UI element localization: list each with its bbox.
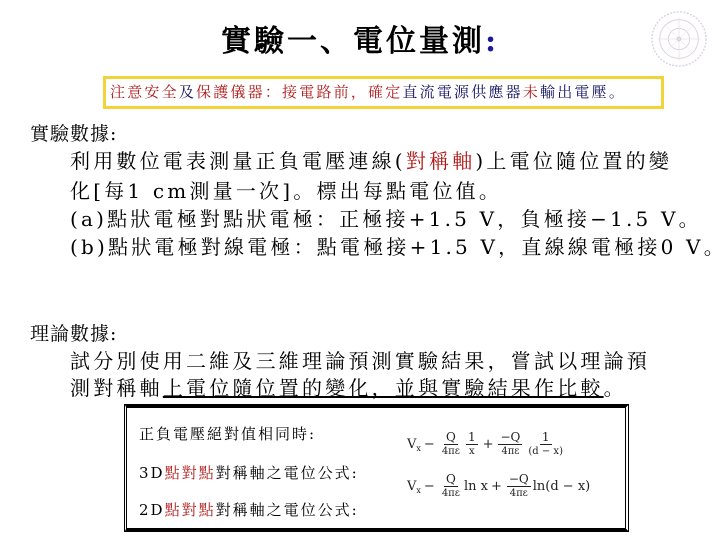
- symmetry-axis-highlight: 對稱軸: [406, 149, 476, 173]
- experimental-data-heading: 實驗數據:: [30, 122, 117, 146]
- label-prefix: 2D: [139, 501, 165, 519]
- formula-fraction: Q 4πε: [440, 430, 462, 459]
- slide-title-colon: :: [485, 24, 499, 59]
- experimental-data-line-4: (b)點狀電極對線電極：點電極接+1.5 V，直線線電極接0 V。: [70, 234, 720, 260]
- experimental-data-line-1: 利用數位電表測量正負電壓連線(對稱軸)上電位隨位置的變: [70, 148, 672, 174]
- theoretical-data-heading: 理論數據:: [30, 322, 117, 346]
- formula-2d: Vx − Q 4πε ln x + −Q 4πε ln(d − x): [407, 472, 590, 501]
- line-text: 測對稱軸: [70, 376, 163, 400]
- formula-3d-label: 3D點對點對稱軸之電位公式:: [139, 463, 359, 483]
- line-text: )上電位隨位置的變: [475, 149, 672, 173]
- warning-segment: 直流電源供應器: [402, 83, 522, 101]
- safety-warning-box: 注意安全及保護儀器：接電路前，確定直流電源供應器未輸出電壓。: [103, 76, 664, 109]
- label-suffix: 對稱軸之電位公式:: [216, 501, 359, 519]
- formula-plus: +: [491, 479, 502, 494]
- line-text-underlined: 上電位隨位置的變化，並與實驗結果作比較: [163, 376, 604, 400]
- experimental-data-line-3: (a)點狀電極對點狀電極：正極接+1.5 V，負極接−1.5 V。: [70, 206, 702, 232]
- warning-segment: 輸出電壓。: [540, 83, 626, 101]
- formula-fraction: 1 x: [466, 430, 478, 459]
- theoretical-data-line-1: 試分別使用二維及三維理論預測實驗結果，嘗試以理論預: [70, 348, 650, 374]
- formula-3d: Vx − Q 4πε 1 x + −Q 4πε 1 (d − x): [407, 430, 567, 459]
- formula-fraction: 1 (d − x): [526, 430, 565, 459]
- formula-2d-label: 2D點對點對稱軸之電位公式:: [139, 500, 359, 520]
- warning-segment: 保護儀器：接電路前，確定: [196, 83, 402, 101]
- formula-equals: −: [424, 479, 435, 494]
- label-highlight: 點對點: [165, 464, 216, 482]
- formula-log-term: ln(d − x): [533, 479, 590, 494]
- slide-title: 實驗一、電位量測:: [0, 22, 720, 62]
- experimental-data-line-2: 化[每1 cm測量一次]。標出每點電位值。: [70, 178, 502, 204]
- formula-box: 正負電壓絕對值相同時: 3D點對點對稱軸之電位公式: 2D點對點對稱軸之電位公式…: [124, 404, 629, 532]
- label-prefix: 3D: [139, 464, 165, 482]
- line-text: 利用數位電表測量正負電壓連線(: [70, 149, 406, 173]
- formula-fraction: Q 4πε: [440, 472, 462, 501]
- formula-lhs: Vx: [407, 437, 421, 453]
- formula-fraction: −Q 4πε: [507, 472, 531, 501]
- formula-intro: 正負電壓絕對值相同時:: [139, 424, 316, 444]
- warning-segment: 未: [523, 83, 540, 101]
- label-highlight: 點對點: [165, 501, 216, 519]
- formula-log-term: ln x: [464, 479, 488, 494]
- warning-segment: 注意安全: [110, 83, 179, 101]
- formula-lhs: Vx: [407, 479, 421, 495]
- line-text: 。: [604, 376, 627, 400]
- formula-fraction: −Q 4πε: [498, 430, 522, 459]
- theoretical-data-line-2: 測對稱軸上電位隨位置的變化，並與實驗結果作比較。: [70, 375, 627, 401]
- slide-title-text: 實驗一、電位量測: [221, 24, 485, 59]
- formula-plus: +: [483, 437, 494, 452]
- label-suffix: 對稱軸之電位公式:: [216, 464, 359, 482]
- formula-equals: −: [424, 437, 435, 452]
- warning-segment: 及: [179, 83, 196, 101]
